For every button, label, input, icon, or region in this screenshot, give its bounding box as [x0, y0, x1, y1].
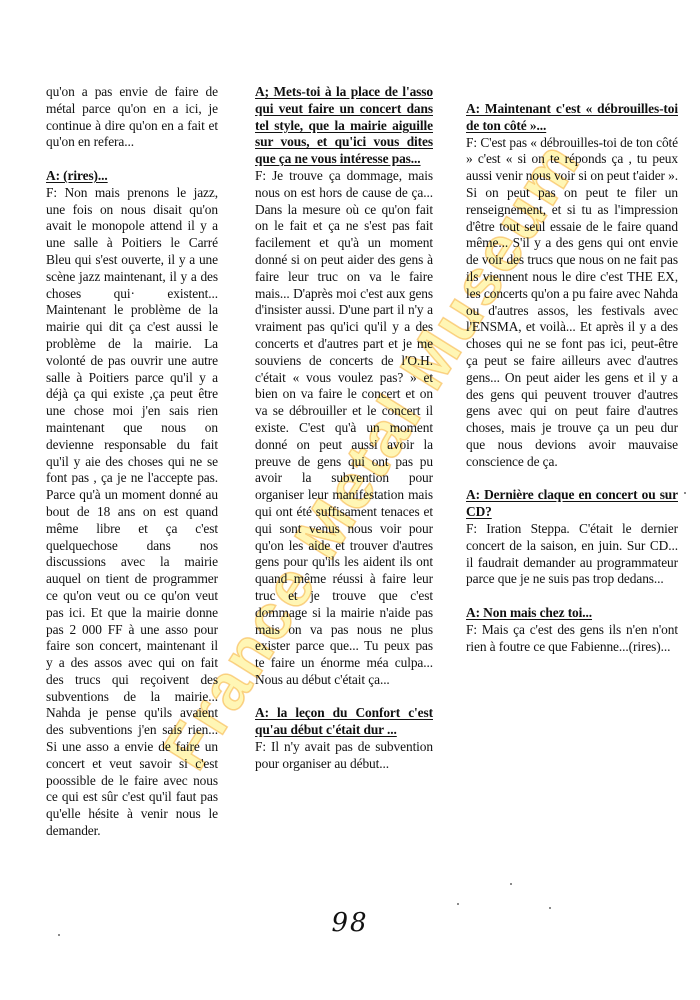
interview-exchange: qu'on a pas envie de faire de métal parc… [46, 84, 218, 151]
column-right: A: Maintenant c'est « débrouilles-toi de… [466, 101, 678, 672]
speck [510, 883, 512, 885]
speck [457, 903, 459, 905]
column-middle: A; Mets-toi à la place de l'asso qui veu… [255, 84, 433, 789]
question-heading: A: Non mais chez toi... [466, 605, 678, 622]
question-heading: A: la leçon du Confort c'est qu'au début… [255, 705, 433, 739]
answer-text: F: Je trouve ça dommage, mais nous on es… [255, 168, 433, 689]
page-number: 98 [0, 908, 700, 938]
answer-text: F: Non mais prenons le jazz, une fois on… [46, 185, 218, 840]
interview-exchange: A: Maintenant c'est « débrouilles-toi de… [466, 101, 678, 471]
speck [684, 492, 686, 494]
answer-text: qu'on a pas envie de faire de métal parc… [46, 84, 218, 151]
question-heading: A; Mets-toi à la place de l'asso qui veu… [255, 84, 433, 168]
question-heading: A: (rires)... [46, 168, 218, 185]
interview-exchange: A: (rires)... F: Non mais prenons le jaz… [46, 168, 218, 840]
column-left: qu'on a pas envie de faire de métal parc… [46, 84, 218, 857]
interview-exchange: A: Dernière claque en concert ou sur CD?… [466, 487, 678, 588]
question-heading: A: Dernière claque en concert ou sur CD? [466, 487, 678, 521]
question-heading: A: Maintenant c'est « débrouilles-toi de… [466, 101, 678, 135]
interview-exchange: A; Mets-toi à la place de l'asso qui veu… [255, 84, 433, 689]
answer-text: F: C'est pas « débrouilles-toi de ton cô… [466, 135, 678, 471]
interview-exchange: A: Non mais chez toi... F: Mais ça c'est… [466, 605, 678, 655]
answer-text: F: Iration Steppa. C'était le dernier co… [466, 521, 678, 588]
answer-text: F: Il n'y avait pas de subvention pour o… [255, 739, 433, 773]
scanned-magazine-page: France Metal Museum qu'on a pas envie de… [0, 0, 700, 1000]
interview-exchange: A: la leçon du Confort c'est qu'au début… [255, 705, 433, 772]
answer-text: F: Mais ça c'est des gens ils n'en n'ont… [466, 622, 678, 656]
